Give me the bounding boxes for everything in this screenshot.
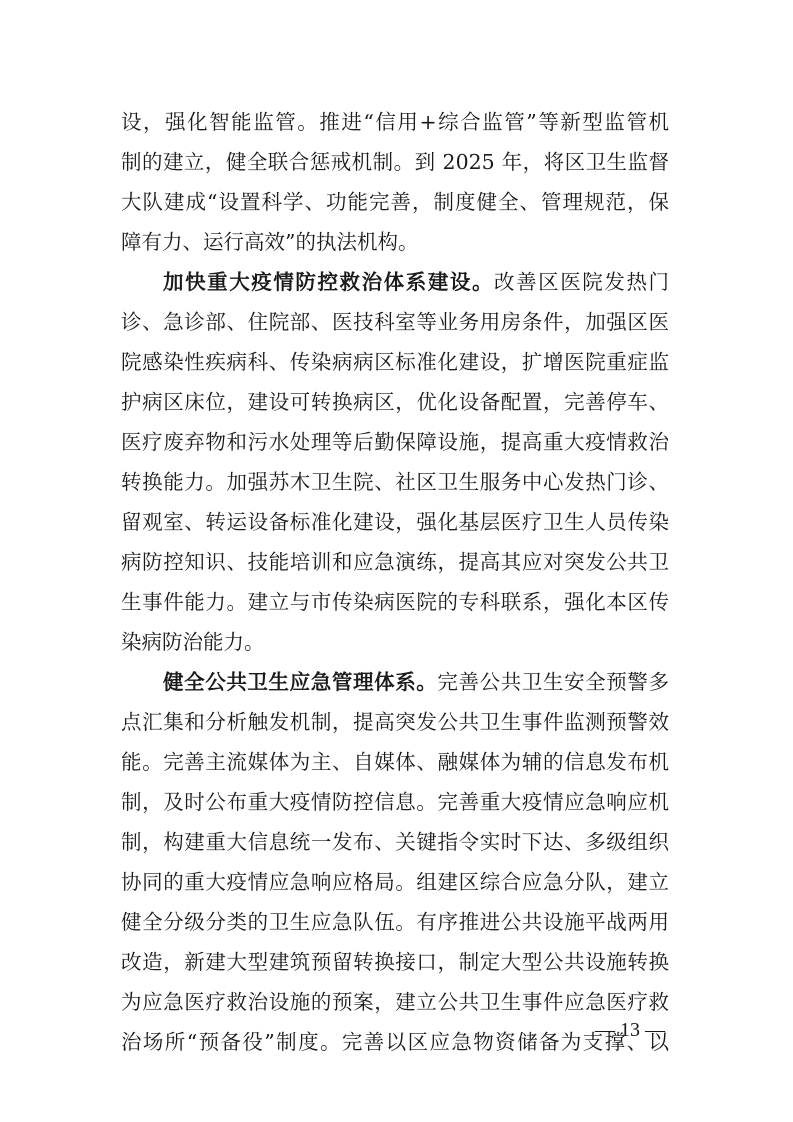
text-line: 制，及时公布重大疫情防控信息。完善重大疫情应急响应机 <box>121 782 669 822</box>
text-line: 生事件能力。建立与市传染病医院的专科联系，强化本区传 <box>121 582 669 622</box>
paragraph-heading: 加快重大疫情防控救治体系建设。 <box>163 270 494 294</box>
text-line: 健全公共卫生应急管理体系。完善公共卫生安全预警多 <box>121 662 669 702</box>
page-number: — 13 — <box>590 1016 670 1044</box>
text-line: 染病防治能力。 <box>121 622 669 662</box>
paragraph-continuation: 设，强化智能监管。推进“信用+综合监管”等新型监管机 制的建立，健全联合惩戒机制… <box>121 102 669 262</box>
text-line: 护病区床位，建设可转换病区，优化设备配置，完善停车、 <box>121 382 669 422</box>
paragraph-first-line-text: 改善区医院发热门 <box>494 270 669 294</box>
text-line: 转换能力。加强苏木卫生院、社区卫生服务中心发热门诊、 <box>121 462 669 502</box>
text-line: 协同的重大疫情应急响应格局。组建区综合应急分队，建立 <box>121 862 669 902</box>
text-line: 障有力、运行高效”的执法机构。 <box>121 222 669 262</box>
text-line: 病防控知识、技能培训和应急演练，提高其应对突发公共卫 <box>121 542 669 582</box>
text-line: 院感染性疾病科、传染病病区标准化建设，扩增医院重症监 <box>121 342 669 382</box>
text-line: 制的建立，健全联合惩戒机制。到 2025 年，将区卫生监督 <box>121 142 669 182</box>
text-line: 医疗废弃物和污水处理等后勤保障设施，提高重大疫情救治 <box>121 422 669 462</box>
text-line: 能。完善主流媒体为主、自媒体、融媒体为辅的信息发布机 <box>121 742 669 782</box>
text-line: 为应急医疗救治设施的预案，建立公共卫生事件应急医疗救 <box>121 982 669 1022</box>
text-line: 设，强化智能监管。推进“信用+综合监管”等新型监管机 <box>121 102 669 142</box>
text-line: 治场所“预备役”制度。完善以区应急物资储备为支撑、以 <box>121 1022 669 1062</box>
text-line: 留观室、转运设备标准化建设，强化基层医疗卫生人员传染 <box>121 502 669 542</box>
text-line: 点汇集和分析触发机制，提高突发公共卫生事件监测预警效 <box>121 702 669 742</box>
paragraph-first-line-text: 完善公共卫生安全预警多 <box>437 670 669 694</box>
paragraph-emergency-management: 健全公共卫生应急管理体系。完善公共卫生安全预警多 点汇集和分析触发机制，提高突发… <box>121 662 669 1062</box>
text-line: 加快重大疫情防控救治体系建设。改善区医院发热门 <box>121 262 669 302</box>
text-line: 诊、急诊部、住院部、医技科室等业务用房条件，加强区医 <box>121 302 669 342</box>
text-line: 制，构建重大信息统一发布、关键指令实时下达、多级组织 <box>121 822 669 862</box>
text-line: 大队建成“设置科学、功能完善，制度健全、管理规范，保 <box>121 182 669 222</box>
text-line: 健全分级分类的卫生应急队伍。有序推进公共设施平战两用 <box>121 902 669 942</box>
text-line: 改造，新建大型建筑预留转换接口，制定大型公共设施转换 <box>121 942 669 982</box>
paragraph-heading: 健全公共卫生应急管理体系。 <box>163 670 437 694</box>
document-body: 设，强化智能监管。推进“信用+综合监管”等新型监管机 制的建立，健全联合惩戒机制… <box>121 102 669 1062</box>
paragraph-epidemic-control: 加快重大疫情防控救治体系建设。改善区医院发热门 诊、急诊部、住院部、医技科室等业… <box>121 262 669 662</box>
